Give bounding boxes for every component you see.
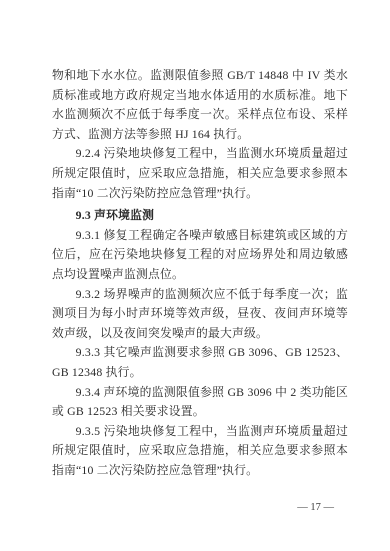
section-heading-9-3: 9.3 声环境监测 (52, 206, 348, 226)
paragraph-9-2-4: 9.2.4 污染地块修复工程中，当监测水环境质量超过所规定限值时，应采取应急措施… (52, 144, 348, 203)
page-number: — 17 — (297, 502, 334, 513)
paragraph-9-3-1: 9.3.1 修复工程确定各噪声敏感目标建筑或区域的方位后，应在污染地块修复工程的… (52, 226, 348, 285)
paragraph-9-3-4: 9.3.4 声环境的监测限值参照 GB 3096 中 2 类功能区或 GB 12… (52, 383, 348, 422)
page-footer: — 17 — (0, 501, 390, 515)
document-page: 物和地下水水位。监测限值参照 GB/T 14848 中 IV 类水质标准或地方政… (0, 0, 390, 551)
paragraph-9-3-2: 9.3.2 场界噪声的监测频次应不低于每季度一次；监测项目为每小时声环境等效声级… (52, 285, 348, 344)
document-body: 物和地下水水位。监测限值参照 GB/T 14848 中 IV 类水质标准或地方政… (52, 66, 348, 480)
paragraph-9-3-3: 9.3.3 其它噪声监测要求参照 GB 3096、GB 12523、GB 123… (52, 343, 348, 382)
paragraph-9-3-5: 9.3.5 污染地块修复工程中，当监测声环境质量超过所规定限值时，应采取应急措施… (52, 422, 348, 481)
paragraph-groundwater-monitoring-continuation: 物和地下水水位。监测限值参照 GB/T 14848 中 IV 类水质标准或地方政… (52, 66, 348, 144)
